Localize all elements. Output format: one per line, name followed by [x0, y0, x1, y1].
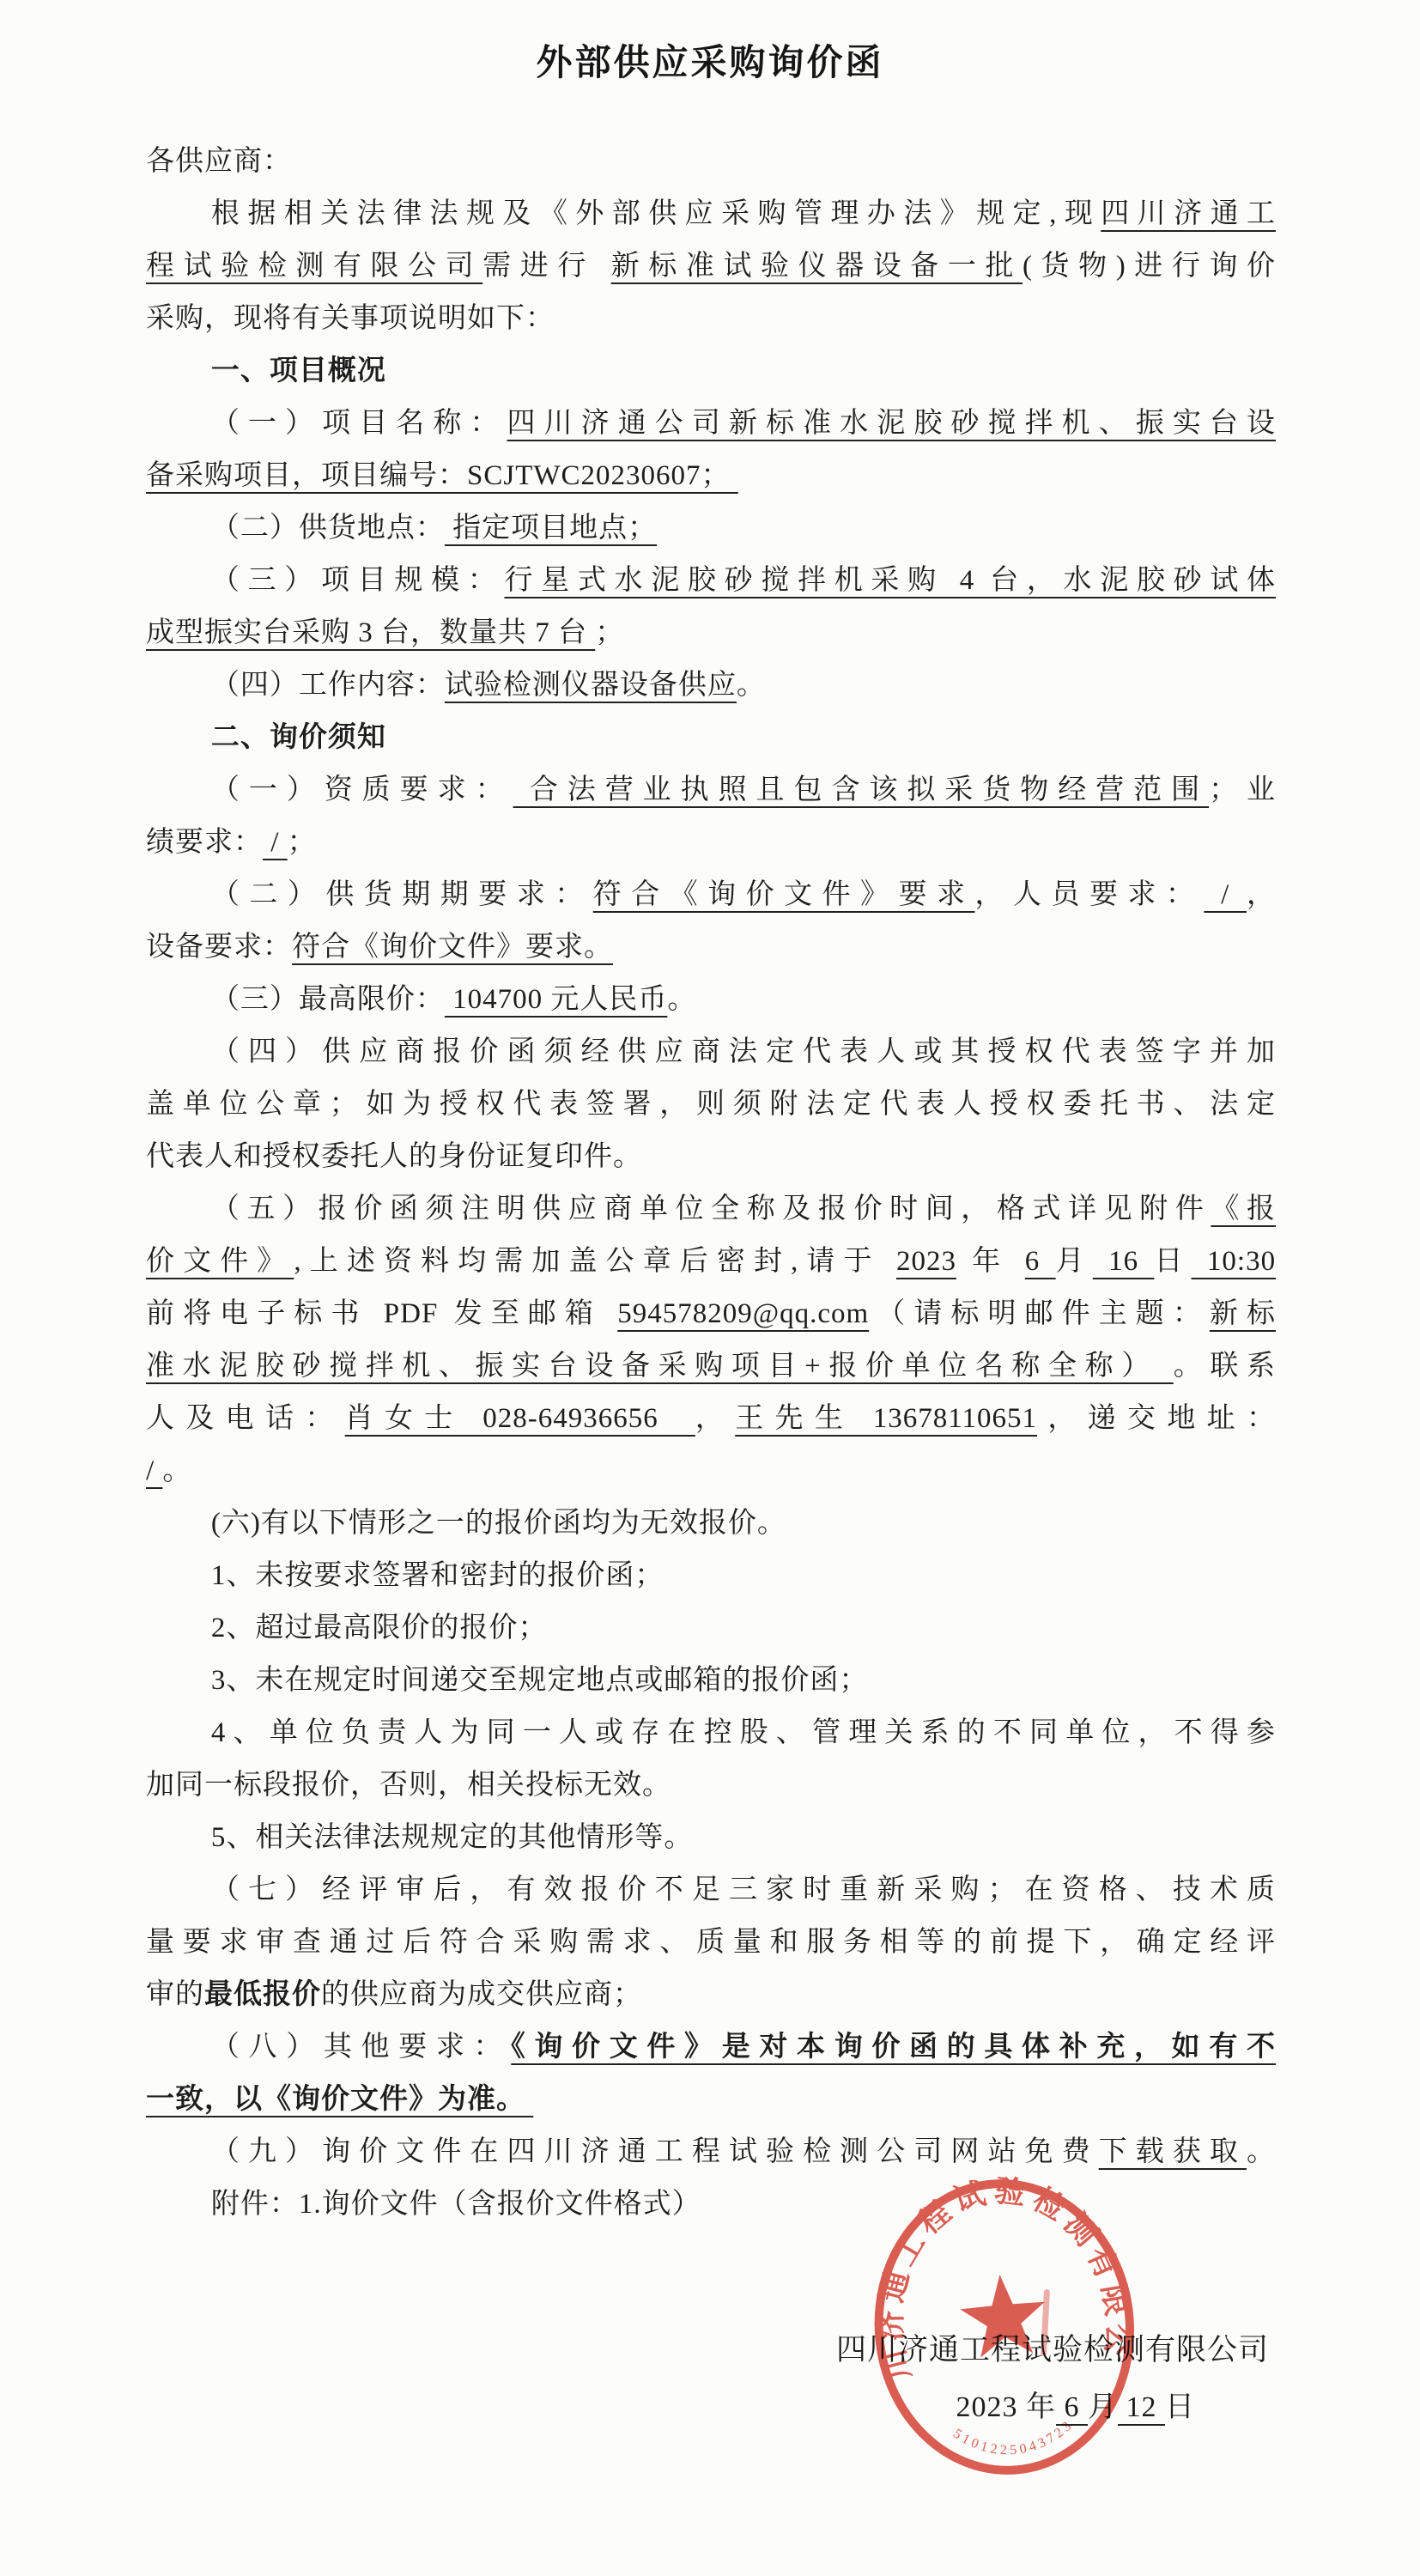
text-run: （请标明邮件主题：: [869, 1298, 1210, 1329]
text-run: （七）经评审后，有效报价不足三家时重新采购；在资格、技术质: [211, 1874, 1276, 1905]
text-run: （二）供货地点：: [211, 513, 445, 544]
text-run: 一致，以《询价文件》为准。: [146, 2084, 533, 2115]
text-run: 前将电子标书 PDF 发至邮箱: [146, 1298, 617, 1329]
document-line: （三）最高限价： 104700 元人民币。: [146, 974, 1276, 1026]
text-run: 试验检测仪器设备供应: [445, 670, 737, 701]
seal-star-icon: [957, 2271, 1049, 2359]
document-line: 加同一标段报价，否则，相关投标无效。: [146, 1759, 1276, 1812]
text-run: (货物)进行询价: [1023, 251, 1276, 282]
text-run: 成型振实台采购 3 台，数量共 7 台: [146, 617, 595, 648]
text-run: （三）项目规模：: [211, 565, 505, 596]
text-run: ，: [695, 1403, 735, 1434]
text-run: 采购，现将有关事项说明如下：: [146, 303, 555, 334]
document-line: 5、相关法律法规规定的其他情形等。: [146, 1812, 1276, 1864]
text-run: 10:30: [1192, 1246, 1277, 1277]
document-line: 各供应商：: [146, 136, 1276, 188]
document-line: 量要求审查通过后符合采购需求、质量和服务相等的前提下，确定经评: [146, 1917, 1276, 1969]
svg-text:四川济通工程试验检测有限公司: 四川济通工程试验检测有限公司: [853, 2165, 1139, 2387]
document-body: 各供应商：根据相关法律法规及《外部供应采购管理办法》规定,现四川济通工程试验检测…: [146, 136, 1276, 2433]
text-run: 需进行: [482, 251, 611, 282]
text-run: 符合《询价文件》要求: [593, 879, 975, 910]
text-run: 4、单位负责人为同一人或存在控股、管理关系的不同单位，不得参: [211, 1717, 1276, 1748]
text-run: （五）报价函须注明供应商单位全称及报价时间，格式详见附件: [211, 1194, 1211, 1224]
text-run: ,上述资料均需加盖公章后密封,请于: [294, 1246, 896, 1277]
document-page: 外部供应采购询价函 各供应商：根据相关法律法规及《外部供应采购管理办法》规定,现…: [0, 0, 1420, 2576]
document-line: 程试验检测有限公司需进行 新标准试验仪器设备一批(货物)进行询价: [146, 240, 1276, 293]
text-run: 二、询价须知: [211, 722, 386, 753]
text-run: 加同一标段报价，否则，相关投标无效。: [146, 1770, 671, 1801]
document-line: 人及电话：肖女士 028-64936656 ，王先生 13678110651，递…: [146, 1393, 1276, 1445]
document-line: 前将电子标书 PDF 发至邮箱 594578209@qq.com（请标明邮件主题…: [146, 1288, 1276, 1340]
text-run: 6: [1025, 1246, 1056, 1277]
text-run: 准水泥胶砂搅拌机、振实台设备采购项目+报价单位名称全称）: [146, 1351, 1174, 1382]
text-run: 附件：1.询价文件（含报价文件格式）: [211, 2189, 701, 2220]
text-run: （二）供货期期要求：: [211, 879, 593, 910]
document-line: / 。: [146, 1445, 1276, 1498]
text-run: 3、未在规定时间递交至规定地点或邮箱的报价函；: [211, 1665, 869, 1696]
text-run: 日: [1165, 2391, 1195, 2423]
document-line: （八）其他要求：《询价文件》是对本询价函的具体补充，如有不: [146, 2021, 1276, 2074]
document-line: 设备要求：符合《询价文件》要求。: [146, 921, 1276, 974]
text-run: 。联系: [1174, 1351, 1276, 1382]
text-run: 1、未按要求签署和密封的报价函；: [211, 1560, 664, 1591]
text-run: 。: [737, 670, 766, 701]
text-run: 四川济通工: [1101, 198, 1276, 229]
text-run: 日: [1154, 1246, 1191, 1277]
text-run: 《询价文件》是对本询价函的具体补充，如有不: [511, 2032, 1276, 2063]
text-run: 一、项目概况: [211, 355, 386, 386]
document-line: （七）经评审后，有效报价不足三家时重新采购；在资格、技术质: [146, 1864, 1276, 1917]
document-line: （一）资质要求： 合法营业执照且包含该拟采货物经营范围；业: [146, 764, 1276, 817]
text-run: 。: [667, 984, 696, 1015]
text-run: 5、相关法律法规规定的其他情形等。: [211, 1822, 694, 1853]
document-line: （四）供应商报价函须经供应商法定代表人或其授权代表签字并加: [146, 1026, 1276, 1078]
document-line: 盖单位公章；如为授权代表签署，则须附法定代表人授权委托书、法定: [146, 1078, 1276, 1131]
document-line: 备采购项目，项目编号：SCJTWC20230607；: [146, 450, 1276, 502]
text-run: ；: [288, 827, 317, 858]
text-run: 新标准试验仪器设备一批: [611, 251, 1023, 282]
text-run: ；业: [1209, 775, 1276, 805]
text-run: ，人员要求：: [975, 879, 1205, 910]
document-line: （四）工作内容：试验检测仪器设备供应。: [146, 659, 1276, 712]
text-run: 指定项目地点；: [445, 513, 657, 544]
text-run: ，: [1247, 879, 1276, 910]
document-line: 4、单位负责人为同一人或存在控股、管理关系的不同单位，不得参: [146, 1707, 1276, 1759]
text-run: 程试验检测有限公司: [146, 251, 482, 282]
text-run: /: [146, 1455, 162, 1486]
text-run: ，递交地址：: [1037, 1403, 1276, 1434]
document-title: 外部供应采购询价函: [0, 0, 1420, 86]
text-run: 盖单位公章；如为授权代表签署，则须附法定代表人授权委托书、法定: [146, 1089, 1276, 1120]
document-line: 2、超过最高限价的报价；: [146, 1602, 1276, 1655]
text-run: 人及电话：: [146, 1403, 345, 1434]
text-run: 合法营业执照且包含该拟采货物经营范围: [513, 775, 1209, 805]
document-line: 1、未按要求签署和密封的报价函；: [146, 1550, 1276, 1602]
text-run: 量要求审查通过后符合采购需求、质量和服务相等的前提下，确定经评: [146, 1927, 1276, 1958]
document-line: （二）供货地点： 指定项目地点；: [146, 502, 1276, 555]
document-line: （二）供货期期要求：符合《询价文件》要求，人员要求： / ，: [146, 869, 1276, 921]
text-run: ；: [595, 617, 624, 648]
text-run: （一）项目名称：: [211, 408, 507, 439]
document-line: 一、项目概况: [146, 345, 1276, 398]
text-run: 设备要求：: [146, 932, 292, 963]
text-run: （四）工作内容：: [211, 670, 445, 701]
text-run: 王先生 13678110651: [735, 1403, 1037, 1434]
document-line: 价文件》,上述资料均需加盖公章后密封,请于 2023 年 6 月 16 日 10…: [146, 1236, 1276, 1288]
text-run: （一）资质要求：: [211, 775, 513, 805]
text-run: 价文件》: [146, 1246, 294, 1277]
document-line: 3、未在规定时间递交至规定地点或邮箱的报价函；: [146, 1655, 1276, 1707]
document-line: 绩要求： / ；: [146, 817, 1276, 869]
text-run: 代表人和授权委托人的身份证复印件。: [146, 1141, 642, 1172]
document-line: 审的最低报价的供应商为成交供应商；: [146, 1969, 1276, 2021]
document-line: 根据相关法律法规及《外部供应采购管理办法》规定,现四川济通工: [146, 188, 1276, 240]
text-run: 。: [162, 1455, 191, 1486]
company-seal: 四川济通工程试验检测有限公司 5101225043723: [853, 2165, 1156, 2494]
text-run: 肖女士 028-64936656: [345, 1403, 695, 1434]
text-run: 审的: [146, 1979, 204, 2010]
text-run: 104700 元人民币: [445, 984, 668, 1015]
document-line: 二、询价须知: [146, 712, 1276, 764]
text-run: 2023: [896, 1246, 956, 1277]
document-line: （五）报价函须注明供应商单位全称及报价时间，格式详见附件《报: [146, 1183, 1276, 1236]
text-run: (六)有以下情形之一的报价函均为无效报价。: [211, 1508, 786, 1539]
text-run: 根据相关法律法规及《外部供应采购管理办法》规定,现: [211, 198, 1101, 229]
text-run: 四川济通公司新标准水泥胶砂搅拌机、振实台设: [507, 408, 1277, 439]
text-run: （四）供应商报价函须经供应商法定代表人或其授权代表签字并加: [211, 1036, 1276, 1067]
text-run: 的供应商为成交供应商；: [321, 1979, 642, 2010]
text-run: （三）最高限价：: [211, 984, 445, 1015]
text-run: 594578209@qq.com: [617, 1298, 869, 1329]
text-run: /: [1204, 879, 1247, 910]
document-line: （三）项目规模：行星式水泥胶砂搅拌机采购 4 台，水泥胶砂试体: [146, 555, 1276, 607]
document-line: 采购，现将有关事项说明如下：: [146, 293, 1276, 345]
document-line: 准水泥胶砂搅拌机、振实台设备采购项目+报价单位名称全称） 。联系: [146, 1340, 1276, 1393]
text-run: 2、超过最高限价的报价；: [211, 1613, 548, 1643]
text-run: /: [263, 827, 288, 858]
text-run: 下载获取: [1099, 2136, 1247, 2167]
text-run: 年: [956, 1246, 1025, 1277]
text-run: （九）询价文件在四川济通工程试验检测公司网站免费: [211, 2136, 1099, 2167]
document-line: 一致，以《询价文件》为准。: [146, 2074, 1276, 2126]
text-run: 各供应商：: [146, 146, 292, 177]
document-line: (六)有以下情形之一的报价函均为无效报价。: [146, 1498, 1276, 1550]
text-run: 最低报价: [204, 1979, 321, 2010]
text-run: 《报: [1211, 1194, 1276, 1224]
text-run: 符合《询价文件》要求。: [292, 932, 613, 963]
text-run: 月: [1056, 1246, 1093, 1277]
document-line: 代表人和授权委托人的身份证复印件。: [146, 1131, 1276, 1183]
text-run: 新标: [1210, 1298, 1276, 1329]
text-run: 绩要求：: [146, 827, 263, 858]
document-line: 成型振实台采购 3 台，数量共 7 台 ；: [146, 607, 1276, 659]
seal-company-arc-text: 四川济通工程试验检测有限公司: [853, 2165, 1139, 2387]
text-run: （八）其他要求：: [211, 2032, 511, 2063]
text-run: 16: [1093, 1246, 1155, 1277]
text-run: 行星式水泥胶砂搅拌机采购 4 台，水泥胶砂试体: [504, 565, 1276, 596]
text-run: 备采购项目，项目编号：SCJTWC20230607；: [146, 460, 738, 491]
text-run: 。: [1247, 2136, 1276, 2167]
document-line: （一）项目名称：四川济通公司新标准水泥胶砂搅拌机、振实台设: [146, 398, 1276, 450]
